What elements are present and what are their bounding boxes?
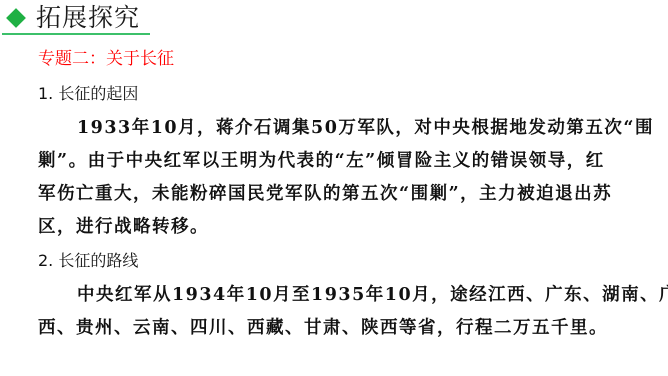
diamond-bullet-icon: [6, 8, 26, 28]
paragraph-line: 1933年10月，蒋介石调集50万军队，对中央根据地发动第五次“围: [77, 117, 654, 139]
topic-title: 专题二：关于长征: [38, 48, 174, 70]
section-header: 拓展探究: [0, 0, 150, 36]
paragraph-line: 剿”。由于中央红军以王明为代表的“左”倾冒险主义的错误领导，红: [38, 150, 605, 172]
page-title: 拓展探究: [36, 3, 140, 33]
section-heading-route: 2. 长征的路线: [38, 250, 138, 272]
title-underline-divider: [2, 33, 150, 35]
paragraph-line: 区，进行战略转移。: [38, 216, 209, 238]
section-heading-causes: 1. 长征的起因: [38, 83, 138, 105]
paragraph-line: 西、贵州、云南、四川、西藏、甘肃、陕西等省，行程二万五千里。: [38, 317, 608, 339]
paragraph-line: 军伤亡重大，未能粉碎国民党军队的第五次“围剿”，主力被迫退出苏: [38, 183, 612, 205]
paragraph-line: 中央红军从1934年10月至1935年10月，途经江西、广东、湖南、广: [77, 284, 668, 306]
